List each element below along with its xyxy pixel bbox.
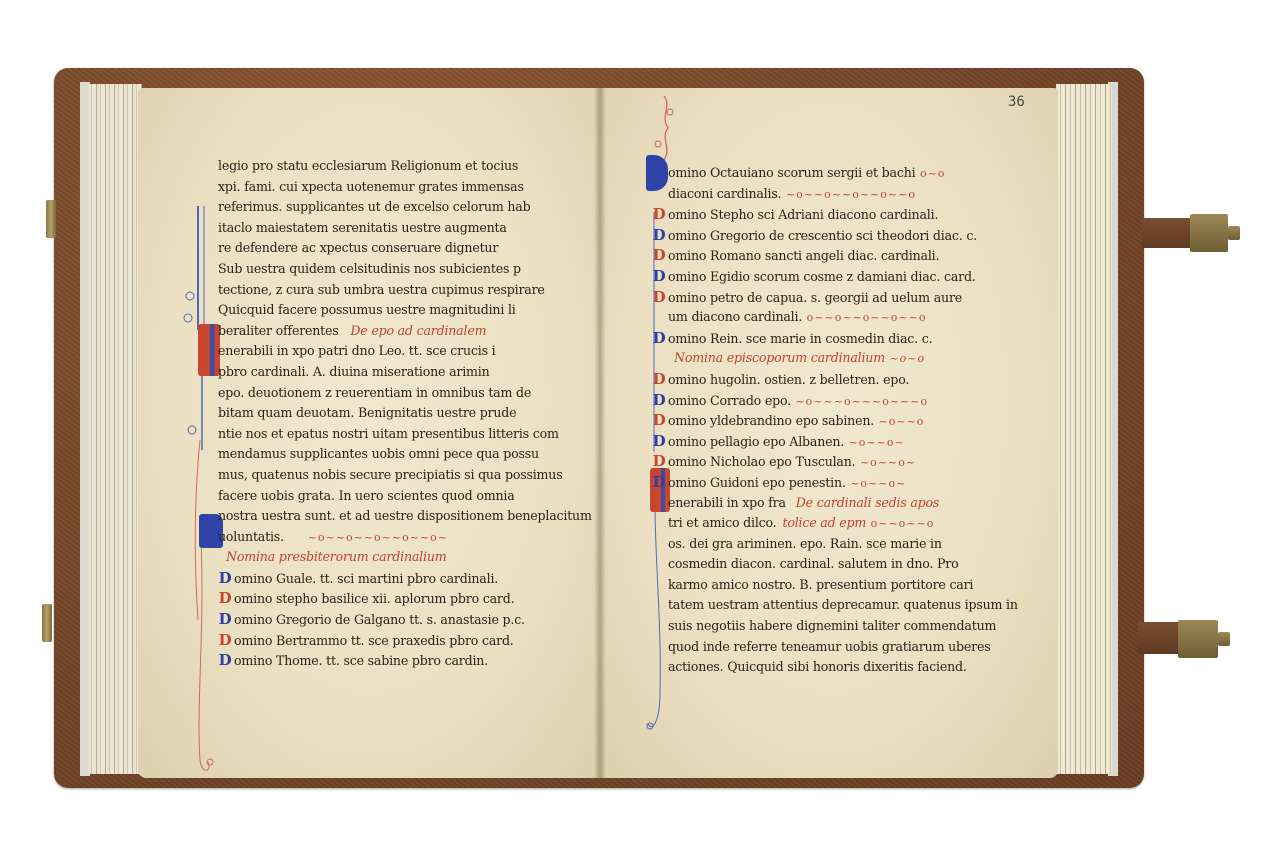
line-filler: o~~o~~o [866, 517, 934, 530]
text-line: actiones. Quicquid sibi honoris dixeriti… [652, 657, 992, 678]
rubric-text: Nomina episcoporum cardinalium [674, 350, 885, 365]
list-item: Domino Egidio scorum cosme z damiani dia… [652, 266, 992, 287]
list-text: omino Bertrammo tt. sce praxedis pbro ca… [234, 633, 514, 648]
list-text: omino Octauiano scorum sergii et bachi [668, 165, 915, 180]
text-line: tectione, z cura sub umbra uestra cupimu… [218, 280, 538, 301]
text-line: mendamus supplicantes uobis omni pece qu… [218, 444, 538, 465]
right-clasp-bottom [1138, 622, 1182, 654]
line-filler: ~o~~~o~~~o~~~o [791, 395, 928, 408]
line-filler: ~o~~o~ [846, 477, 907, 490]
text-line: pbro cardinali. A. diuina miseratione ar… [218, 362, 538, 383]
line-filler: ~o~~o [874, 415, 924, 428]
list-text: um diacono cardinali. [668, 309, 802, 324]
list-item: Domino Gregorio de Galgano tt. s. anasta… [218, 609, 538, 630]
initial-letter: D [652, 472, 666, 493]
initial-V-left [198, 324, 220, 376]
text-line: facere uobis grata. In uero scientes quo… [218, 486, 538, 507]
rubric-heading: Nomina presbiterorum cardinalium [218, 547, 538, 568]
list-text: omino hugolin. ostien. z belletren. epo. [668, 372, 909, 387]
list-item: Domino Rein. sce marie in cosmedin diac.… [652, 328, 992, 349]
rubric-heading: Nomina episcoporum cardinalium ~o~o [652, 348, 992, 369]
list-text: omino Stepho sci Adriani diacono cardina… [668, 207, 938, 222]
text-line: epo. deuotionem z reuerentiam in omnibus… [218, 383, 538, 404]
initial-letter: D [652, 390, 666, 411]
initial-letter: D [218, 609, 232, 630]
list-text: diaconi cardinalis. [668, 186, 781, 201]
initial-letter: D [218, 650, 232, 671]
text-line: os. dei gra ariminen. epo. Rain. sce mar… [652, 534, 992, 555]
rubric-heading: De cardinali sedis apos [796, 495, 939, 510]
list-text: omino Thome. tt. sce sabine pbro cardin. [234, 653, 488, 668]
text-span: uoluntatis. [218, 529, 284, 544]
list-text: omino Romano sancti angeli diac. cardina… [668, 248, 939, 263]
text-line: xpi. fami. cui xpecta uotenemur grates i… [218, 177, 538, 198]
line-filler: ~o~~o~ [855, 456, 916, 469]
list-text: omino pellagio epo Albanen. [668, 434, 844, 449]
initial-letter: D [652, 225, 666, 246]
list-text: omino Guale. tt. sci martini pbro cardin… [234, 571, 498, 586]
line-filler: o~~o~~o~~o~~o [802, 311, 926, 324]
text-line: ntie nos et epatus nostri uitam presenti… [218, 424, 538, 445]
clasp-plate [1178, 620, 1218, 658]
initial-letter: D [652, 266, 666, 287]
text-line: nostra uestra sunt. et ad uestre disposi… [218, 506, 538, 527]
text-line: uoluntatis. ~o~~o~~o~~o~~o~ [218, 527, 538, 548]
list-item: Domino hugolin. ostien. z belletren. epo… [652, 369, 992, 390]
list-text: omino Gregorio de crescentio sci theodor… [668, 228, 977, 243]
initial-letter: D [218, 588, 232, 609]
initial-letter: D [218, 568, 232, 589]
list-item: Domino Gregorio de crescentio sci theodo… [652, 225, 992, 246]
list-text: omino Nicholao epo Tusculan. [668, 454, 855, 469]
clasp-plate [1190, 214, 1228, 252]
verso-text-block: legio pro statu ecclesiarum Religionum e… [218, 156, 538, 671]
line-filler: o~o [915, 167, 945, 180]
text-span: tri et amico dilco. [668, 515, 776, 530]
text-line: legio pro statu ecclesiarum Religionum e… [218, 156, 538, 177]
line-filler: ~o~o [885, 352, 925, 365]
gutter [594, 88, 606, 778]
list-text: omino yldebrandino epo sabinen. [668, 413, 874, 428]
page-stack-right [1056, 84, 1112, 774]
text-line: beraliter offerentes De epo ad cardinale… [218, 321, 538, 342]
text-line: enerabili in xpo patri dno Leo. tt. sce … [218, 341, 538, 362]
list-item: Domino Corrado epo. ~o~~~o~~~o~~~o [652, 390, 992, 411]
folio-number: 36 [1008, 94, 1025, 110]
text-line: tatem uestram attentius deprecamur. quat… [652, 595, 992, 616]
line-filler: ~o~~o~~o~~o~~o~ [308, 531, 448, 544]
initial-letter: D [652, 451, 666, 472]
right-clasp-top [1142, 218, 1192, 248]
left-clasp-hinge-top [46, 200, 56, 238]
text-line: quod inde referre teneamur uobis gratiar… [652, 637, 992, 658]
initial-letter: D [652, 431, 666, 452]
text-span: beraliter offerentes [218, 323, 339, 338]
list-item: Domino Nicholao epo Tusculan. ~o~~o~ [652, 451, 992, 472]
list-item: Domino Thome. tt. sce sabine pbro cardin… [218, 650, 538, 671]
text-line: tri et amico dilco.tolice ad epm o~~o~~o [652, 513, 992, 534]
line-filler: ~o~~o~~o~~o~~o [781, 188, 916, 201]
text-line: karmo amico nostro. B. presentium portit… [652, 575, 992, 596]
list-item: Domino Stepho sci Adriani diacono cardin… [652, 204, 992, 225]
text-line: bitam quam deuotam. Benignitatis uestre … [218, 403, 538, 424]
text-line: itaclo maiestatem serenitatis uestre aug… [218, 218, 538, 239]
list-item: Domino yldebrandino epo sabinen. ~o~~o [652, 410, 992, 431]
text-line: re defendere ac xpectus conseruare digne… [218, 238, 538, 259]
list-item: Domino stepho basilice xii. aplorum pbro… [218, 588, 538, 609]
list-item: Domino pellagio epo Albanen. ~o~~o~ [652, 431, 992, 452]
line-filler: ~o~~o~ [844, 436, 905, 449]
text-line: mus, quatenus nobis secure precipiatis s… [218, 465, 538, 486]
text-line: referimus. supplicantes ut de excelso ce… [218, 197, 538, 218]
initial-letter: D [652, 369, 666, 390]
left-clasp-hinge-bottom [42, 604, 52, 642]
rubric-heading: De epo ad cardinalem [350, 323, 486, 338]
list-text: omino Guidoni epo penestin. [668, 475, 846, 490]
text-line: suis negotiis habere dignemini taliter c… [652, 616, 992, 637]
list-item: Domino Guale. tt. sci martini pbro cardi… [218, 568, 538, 589]
clasp-pin [1228, 226, 1240, 240]
list-text: omino petro de capua. s. georgii ad uelu… [668, 290, 962, 305]
text-line: Quicquid facere possumus uestre magnitud… [218, 300, 538, 321]
list-text: omino Corrado epo. [668, 393, 791, 408]
text-line: cosmedin diacon. cardinal. salutem in dn… [652, 554, 992, 575]
list-text: omino Rein. sce marie in cosmedin diac. … [668, 331, 932, 346]
manuscript-photo: 36 legio pro statu ecclesiarum Religionu… [0, 0, 1280, 860]
initial-letter: D [652, 245, 666, 266]
list-item: Domino petro de capua. s. georgii ad uel… [652, 287, 992, 308]
initial-letter: D [652, 410, 666, 431]
text-line: enerabili in xpo fraDe cardinali sedis a… [652, 493, 992, 514]
initial-letter: D [652, 328, 666, 349]
text-line: Sub uestra quidem celsitudinis nos subic… [218, 259, 538, 280]
list-text: omino Gregorio de Galgano tt. s. anastas… [234, 612, 525, 627]
rubric-heading-cont: tolice ad epm [782, 515, 866, 530]
clasp-pin [1218, 632, 1230, 646]
initial-letter: D [652, 204, 666, 225]
list-text: omino stepho basilice xii. aplorum pbro … [234, 591, 514, 606]
initial-letter: D [218, 630, 232, 651]
list-item: Domino Guidoni epo penestin. ~o~~o~ [652, 472, 992, 493]
list-item-cont: diaconi cardinalis. ~o~~o~~o~~o~~o [652, 184, 992, 205]
text-span: enerabili in xpo fra [668, 495, 786, 510]
page-stack-left [88, 84, 142, 774]
recto-text-block: omino Octauiano scorum sergii et bachi o… [652, 163, 992, 678]
list-item-cont: um diacono cardinali. o~~o~~o~~o~~o [652, 307, 992, 328]
list-item: Domino Romano sancti angeli diac. cardin… [652, 245, 992, 266]
list-text: omino Egidio scorum cosme z damiani diac… [668, 269, 976, 284]
initial-letter: D [652, 287, 666, 308]
list-item: Domino Bertrammo tt. sce praxedis pbro c… [218, 630, 538, 651]
list-item: omino Octauiano scorum sergii et bachi o… [652, 163, 992, 184]
